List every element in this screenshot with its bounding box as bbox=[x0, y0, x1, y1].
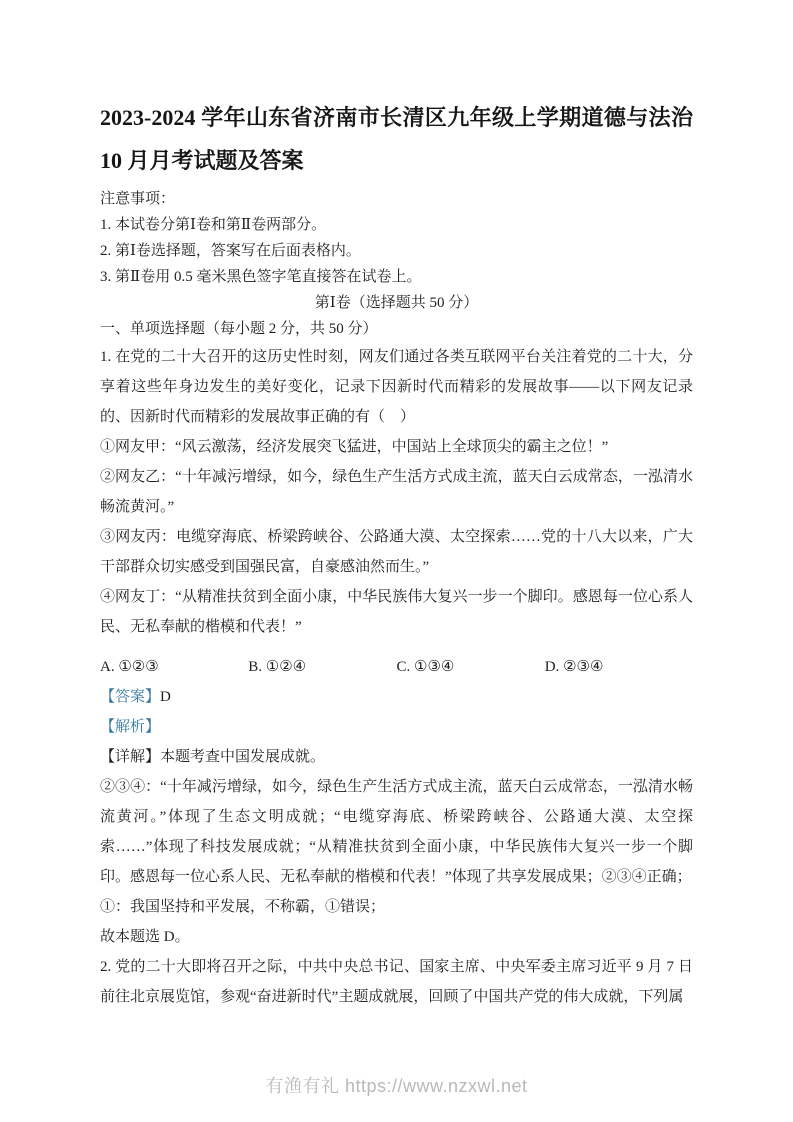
notice-item-1: 1. 本试卷分第Ⅰ卷和第Ⅱ卷两部分。 bbox=[100, 212, 693, 238]
footer-watermark-text: 有渔有礼 https://www.nzxwl.net bbox=[265, 1076, 527, 1096]
option-c: C. ①③④ bbox=[397, 652, 545, 682]
explanation-234: ②③④：“十年减污增绿，如今，绿色生产生活方式成主流，蓝天白云成常态，一泓清水畅… bbox=[100, 772, 693, 892]
answer-label: 【答案】 bbox=[100, 689, 160, 705]
question-1-statement-3: ③网友丙：电缆穿海底、桥梁跨峡谷、公路通大漠、太空探索……党的十八大以来，广大干… bbox=[100, 522, 693, 582]
section-type-header: 一、单项选择题（每小题 2 分，共 50 分） bbox=[100, 316, 693, 342]
document-content: 2023-2024 学年山东省济南市长清区九年级上学期道德与法治 10 月月考试… bbox=[0, 0, 793, 1012]
question-2-stem: 2. 党的二十大即将召开之际，中共中央总书记、国家主席、中央军委主席习近平 9 … bbox=[100, 952, 693, 1012]
answer-line: 【答案】D bbox=[100, 682, 693, 712]
analysis-label: 【解析】 bbox=[100, 719, 160, 735]
volume-header: 第Ⅰ卷（选择题共 50 分） bbox=[100, 290, 693, 316]
analysis-line: 【解析】 bbox=[100, 712, 693, 742]
exam-document-page: 2023-2024 学年山东省济南市长清区九年级上学期道德与法治 10 月月考试… bbox=[0, 0, 793, 1122]
question-1-stem: 1. 在党的二十大召开的这历史性时刻，网友们通过各类互联网平台关注着党的二十大，… bbox=[100, 342, 693, 432]
detail-line: 【详解】本题考查中国发展成就。 bbox=[100, 742, 693, 772]
notice-item-2: 2. 第Ⅰ卷选择题，答案写在后面表格内。 bbox=[100, 238, 693, 264]
footer-watermark: 有渔有礼 https://www.nzxwl.net bbox=[0, 1072, 793, 1098]
answer-value: D bbox=[160, 689, 171, 705]
document-title: 2023-2024 学年山东省济南市长清区九年级上学期道德与法治 10 月月考试… bbox=[100, 96, 693, 182]
explanation-1: ①：我国坚持和平发展，不称霸，①错误； bbox=[100, 892, 693, 922]
notice-heading: 注意事项： bbox=[100, 186, 693, 212]
question-1-statement-4: ④网友丁：“从精准扶贫到全面小康，中华民族伟大复兴一步一个脚印。感恩每一位心系人… bbox=[100, 582, 693, 642]
notice-item-3: 3. 第Ⅱ卷用 0.5 毫米黑色签字笔直接答在试卷上。 bbox=[100, 264, 693, 290]
question-1-statement-2: ②网友乙：“十年减污增绿，如今，绿色生产生活方式成主流，蓝天白云成常态，一泓清水… bbox=[100, 462, 693, 522]
question-1-options-row: A. ①②③ B. ①②④ C. ①③④ D. ②③④ bbox=[100, 652, 693, 682]
option-d: D. ②③④ bbox=[545, 652, 693, 682]
option-b: B. ①②④ bbox=[248, 652, 396, 682]
question-1-statement-1: ①网友甲：“风云激荡，经济发展突飞猛进，中国站上全球顶尖的霸主之位！” bbox=[100, 432, 693, 462]
conclusion-line: 故本题选 D。 bbox=[100, 922, 693, 952]
option-a: A. ①②③ bbox=[100, 652, 248, 682]
